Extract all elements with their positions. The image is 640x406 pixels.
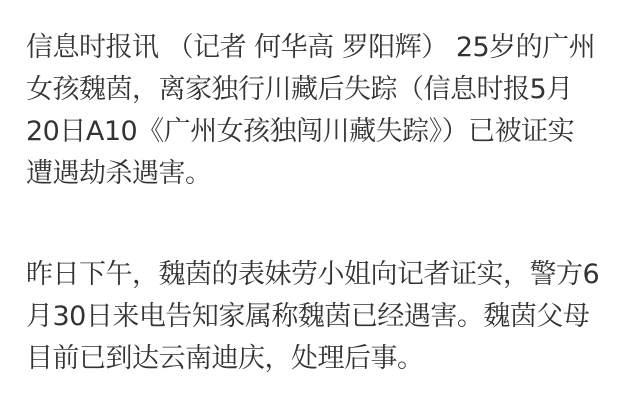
article-paragraph-2: 昨日下午，魏茵的表妹劳小姐向记者证实，警方6 月30日来电告知家属称魏茵已经遇害…	[26, 254, 599, 380]
paragraph-2-line-2: 月30日来电告知家属称魏茵已经遇害。魏茵父母	[26, 296, 599, 338]
paragraph-2-line-1: 昨日下午，魏茵的表妹劳小姐向记者证实，警方6	[26, 254, 599, 296]
paragraph-1-line-1: 信息时报讯 （记者 何华高 罗阳辉） 25岁的广州	[26, 27, 595, 69]
paragraph-1-line-4: 遭遇劫杀遇害。	[26, 153, 595, 195]
paragraph-1-line-3: 20日A10《广州女孩独闯川藏失踪》）已被证实	[26, 111, 595, 153]
paragraph-2-line-3: 目前已到达云南迪庆，处理后事。	[26, 338, 599, 380]
article-paragraph-1: 信息时报讯 （记者 何华高 罗阳辉） 25岁的广州 女孩魏茵，离家独行川藏后失踪…	[26, 27, 595, 195]
paragraph-1-line-2: 女孩魏茵，离家独行川藏后失踪（信息时报5月	[26, 69, 595, 111]
